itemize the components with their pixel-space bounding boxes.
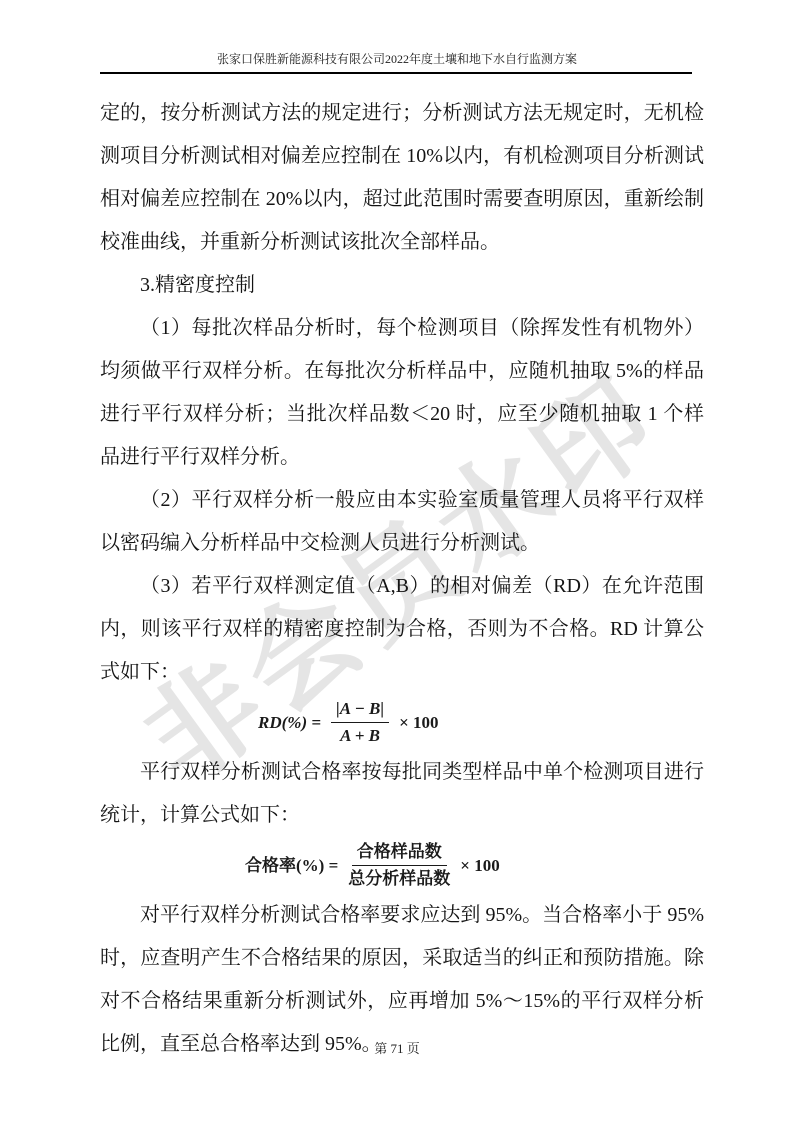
formula-rd-numerator: |A − B| (331, 698, 389, 723)
page-number-label: 第 71 页 (0, 1038, 794, 1057)
document-page: 非会员水印 张家口保胜新能源科技有限公司2022年度土壤和地下水自行监测方案 定… (0, 0, 794, 1123)
formula-rd-lhs: RD(%) = (258, 712, 321, 734)
formula-pass-rate-fraction: 合格样品数 总分析样品数 (348, 841, 450, 890)
formula-pass-rate-lhs: 合格率(%) = (245, 855, 338, 877)
formula-pass-rate-numerator: 合格样品数 (352, 841, 447, 866)
paragraph-item-2: （2）平行双样分析一般应由本实验室质量管理人员将平行双样以密码编入分析样品中交检… (100, 479, 704, 565)
formula-rd-fraction: |A − B| A + B (331, 698, 389, 747)
formula-pass-rate: 合格率(%) = 合格样品数 总分析样品数 × 100 (245, 841, 704, 890)
paragraph-continuation: 定的，按分析测试方法的规定进行；分析测试方法无规定时，无机检测项目分析测试相对偏… (100, 92, 704, 264)
page-header-title: 张家口保胜新能源科技有限公司2022年度土壤和地下水自行监测方案 (100, 50, 694, 67)
paragraph-pass-rate-statistics: 平行双样分析测试合格率按每批同类型样品中单个检测项目进行统计，计算公式如下： (100, 751, 704, 837)
paragraph-item-3: （3）若平行双样测定值（A,B）的相对偏差（RD）在允许范围内，则该平行双样的精… (100, 565, 704, 694)
formula-rd-denominator: A + B (340, 723, 380, 747)
document-body: 定的，按分析测试方法的规定进行；分析测试方法无规定时，无机检测项目分析测试相对偏… (100, 92, 704, 1066)
paragraph-item-1: （1）每批次样品分析时，每个检测项目（除挥发性有机物外）均须做平行双样分析。在每… (100, 307, 704, 479)
section-heading-precision-control: 3.精密度控制 (100, 264, 704, 307)
formula-rd-multiplier: × 100 (399, 712, 438, 734)
formula-pass-rate-denominator: 总分析样品数 (348, 866, 450, 890)
header-divider-line (100, 72, 692, 74)
formula-pass-rate-multiplier: × 100 (460, 855, 499, 877)
formula-relative-deviation: RD(%) = |A − B| A + B × 100 (258, 698, 704, 747)
